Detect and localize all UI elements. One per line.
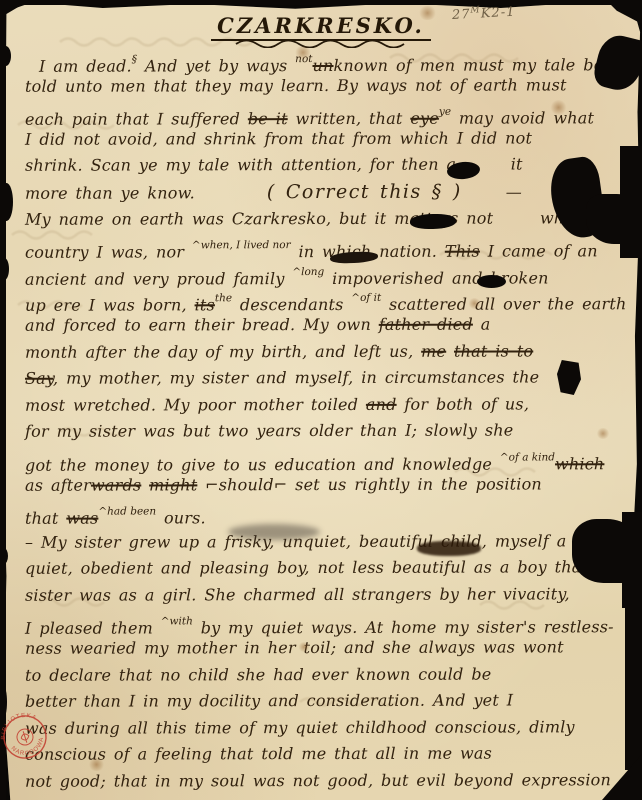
manuscript-line: I pleased them ^with by my quiet ways. A… [25, 608, 631, 636]
handwritten-text: most wretched. My poor mother toiled [25, 395, 366, 415]
manuscript-line: more than ye know.( Correct this § )— [25, 178, 631, 206]
torn-edge-left [0, 686, 7, 718]
handwritten-text: not good; that in my soul was not good, … [25, 770, 611, 791]
manuscript-line: ancient and very proud family ^long impo… [25, 258, 631, 286]
torn-edge-left [0, 183, 13, 221]
struck-text: Say [25, 369, 53, 388]
handwritten-text: and forced to earn their bread. My own [25, 315, 379, 335]
handwritten-text: was during all this time of my quiet chi… [25, 717, 575, 737]
manuscript-line: for my sister was but two years older th… [25, 418, 631, 446]
manuscript-line: quiet, obedient and pleasing boy, not le… [25, 554, 631, 582]
handwritten-text: quiet, obedient and pleasing boy, not le… [25, 558, 624, 579]
ink-smear [417, 541, 481, 556]
handwritten-text: ⌐should⌐ set us rightly in the position [197, 474, 542, 494]
stain [468, 298, 481, 309]
manuscript-line: that was^had been ours. [25, 497, 631, 525]
page-title: CZARKRESKO. [211, 13, 431, 41]
handwritten-text: , my mother, my sister and myself, in ci… [53, 368, 539, 388]
struck-text: me [421, 341, 446, 360]
stain [88, 758, 105, 771]
handwritten-text [446, 341, 454, 360]
manuscript-line: better than I in my docility and conside… [25, 687, 631, 715]
manuscript-line: Say, my mother, my sister and myself, in… [25, 364, 631, 392]
manuscript-line: not good; that in my soul was not good, … [25, 767, 631, 795]
handwritten-text: told unto men that they may learn. By wa… [25, 75, 567, 95]
inserted-text: ^had been [98, 506, 156, 518]
manuscript-line: month after the day of my birth, and lef… [25, 338, 631, 366]
manuscript-line: – My sister grew up a frisky, unquiet, b… [25, 528, 631, 556]
handwritten-text: as after [25, 475, 91, 494]
inserted-text: ^long [292, 266, 324, 278]
torn-edge-right [620, 146, 642, 258]
manuscript-line: country I was, nor ^when, I lived nor in… [25, 231, 631, 259]
handwritten-text [141, 475, 149, 494]
manuscript-line: My name on earth was Czarkresko, but it … [25, 205, 631, 233]
handwritten-text: ours. [156, 508, 206, 527]
manuscript-line: and forced to earn their bread. My own f… [25, 311, 631, 339]
inserted-text: the [215, 293, 232, 305]
torn-edge-right [625, 600, 642, 770]
torn-edge-left [0, 46, 11, 66]
stain [550, 100, 567, 115]
torn-edge-right [622, 512, 642, 608]
torn-edge-left [0, 0, 6, 800]
charcoal-smudge [228, 524, 320, 540]
manuscript-lines: I am dead.§ And yet by ways notunknown o… [25, 46, 631, 795]
manuscript-line: shrink. Scan ye my tale with attention, … [25, 152, 631, 180]
manuscript-line: most wretched. My poor mother toiled and… [25, 391, 631, 419]
handwritten-text: a [473, 315, 491, 334]
handwritten-text: month after the day of my birth, and lef… [25, 341, 421, 361]
torn-edge-top [0, 0, 642, 5]
struck-text: might [149, 475, 197, 494]
manuscript-line: up ere I was born, itsthe descendants ^o… [25, 285, 631, 313]
manuscript-line: was during all this time of my quiet chi… [25, 714, 631, 742]
manuscript-scan: 27MK2-1 CZARKRESKO. I am dead.§ And yet … [0, 0, 642, 800]
struck-text: that is to [454, 341, 533, 360]
manuscript-line: told unto men that they may learn. By wa… [25, 72, 631, 100]
handwritten-text: to declare that no child she had ever kn… [25, 664, 492, 684]
struck-text: wards [91, 475, 141, 494]
stain [298, 642, 310, 652]
ink-blot [410, 214, 456, 229]
manuscript-line: got the money to give to us education an… [25, 444, 631, 472]
torn-edge-left [0, 258, 9, 280]
manuscript-line: conscious of a feeling that told me that… [25, 741, 631, 769]
stain [418, 6, 437, 20]
title-row: CZARKRESKO. [0, 13, 642, 48]
manuscript-line: to declare that no child she had ever kn… [25, 661, 631, 689]
handwritten-text: for both of us, [397, 394, 530, 413]
manuscript-line: I am dead.§ And yet by ways notunknown o… [25, 45, 631, 73]
manuscript-line: as afterwards might ⌐should⌐ set us righ… [25, 471, 631, 499]
handwritten-text: for my sister was but two years older th… [25, 421, 513, 441]
inserted-text: ^with [161, 616, 193, 628]
struck-text: and [366, 395, 397, 414]
manuscript-line: sister was as a girl. She charmed all st… [25, 581, 631, 609]
handwritten-text: I did not avoid, and shrink from that fr… [25, 128, 532, 148]
handwritten-text: more than ye know. [25, 183, 195, 202]
handwritten-text: sister was as a girl. She charmed all st… [25, 584, 570, 604]
inserted-text: ^when, I lived nor [192, 239, 291, 251]
struck-text: father died [379, 315, 473, 334]
handwritten-text: My name on earth was Czarkresko, but it … [25, 208, 581, 228]
manuscript-line: ness wearied my mother in her toil; and … [25, 634, 631, 662]
handwritten-text: better than I in my docility and conside… [25, 691, 513, 711]
inserted-text: ye [439, 106, 451, 118]
handwritten-text: that [25, 509, 66, 528]
stain [596, 428, 610, 439]
inserted-text: ^of a kind [500, 451, 555, 463]
torn-edge-left [0, 548, 8, 564]
handwritten-text: ( Correct this § ) [267, 181, 462, 204]
ink-blot [477, 275, 506, 288]
manuscript-line: I did not avoid, and shrink from that fr… [25, 125, 631, 153]
inserted-text: ^of it [351, 292, 381, 304]
stain [294, 46, 312, 59]
handwritten-text: — [506, 182, 522, 201]
manuscript-line: each pain that I suffered be it written,… [25, 98, 631, 126]
struck-text: was [66, 509, 98, 528]
handwritten-text: ness wearied my mother in her toil; and … [25, 637, 564, 657]
